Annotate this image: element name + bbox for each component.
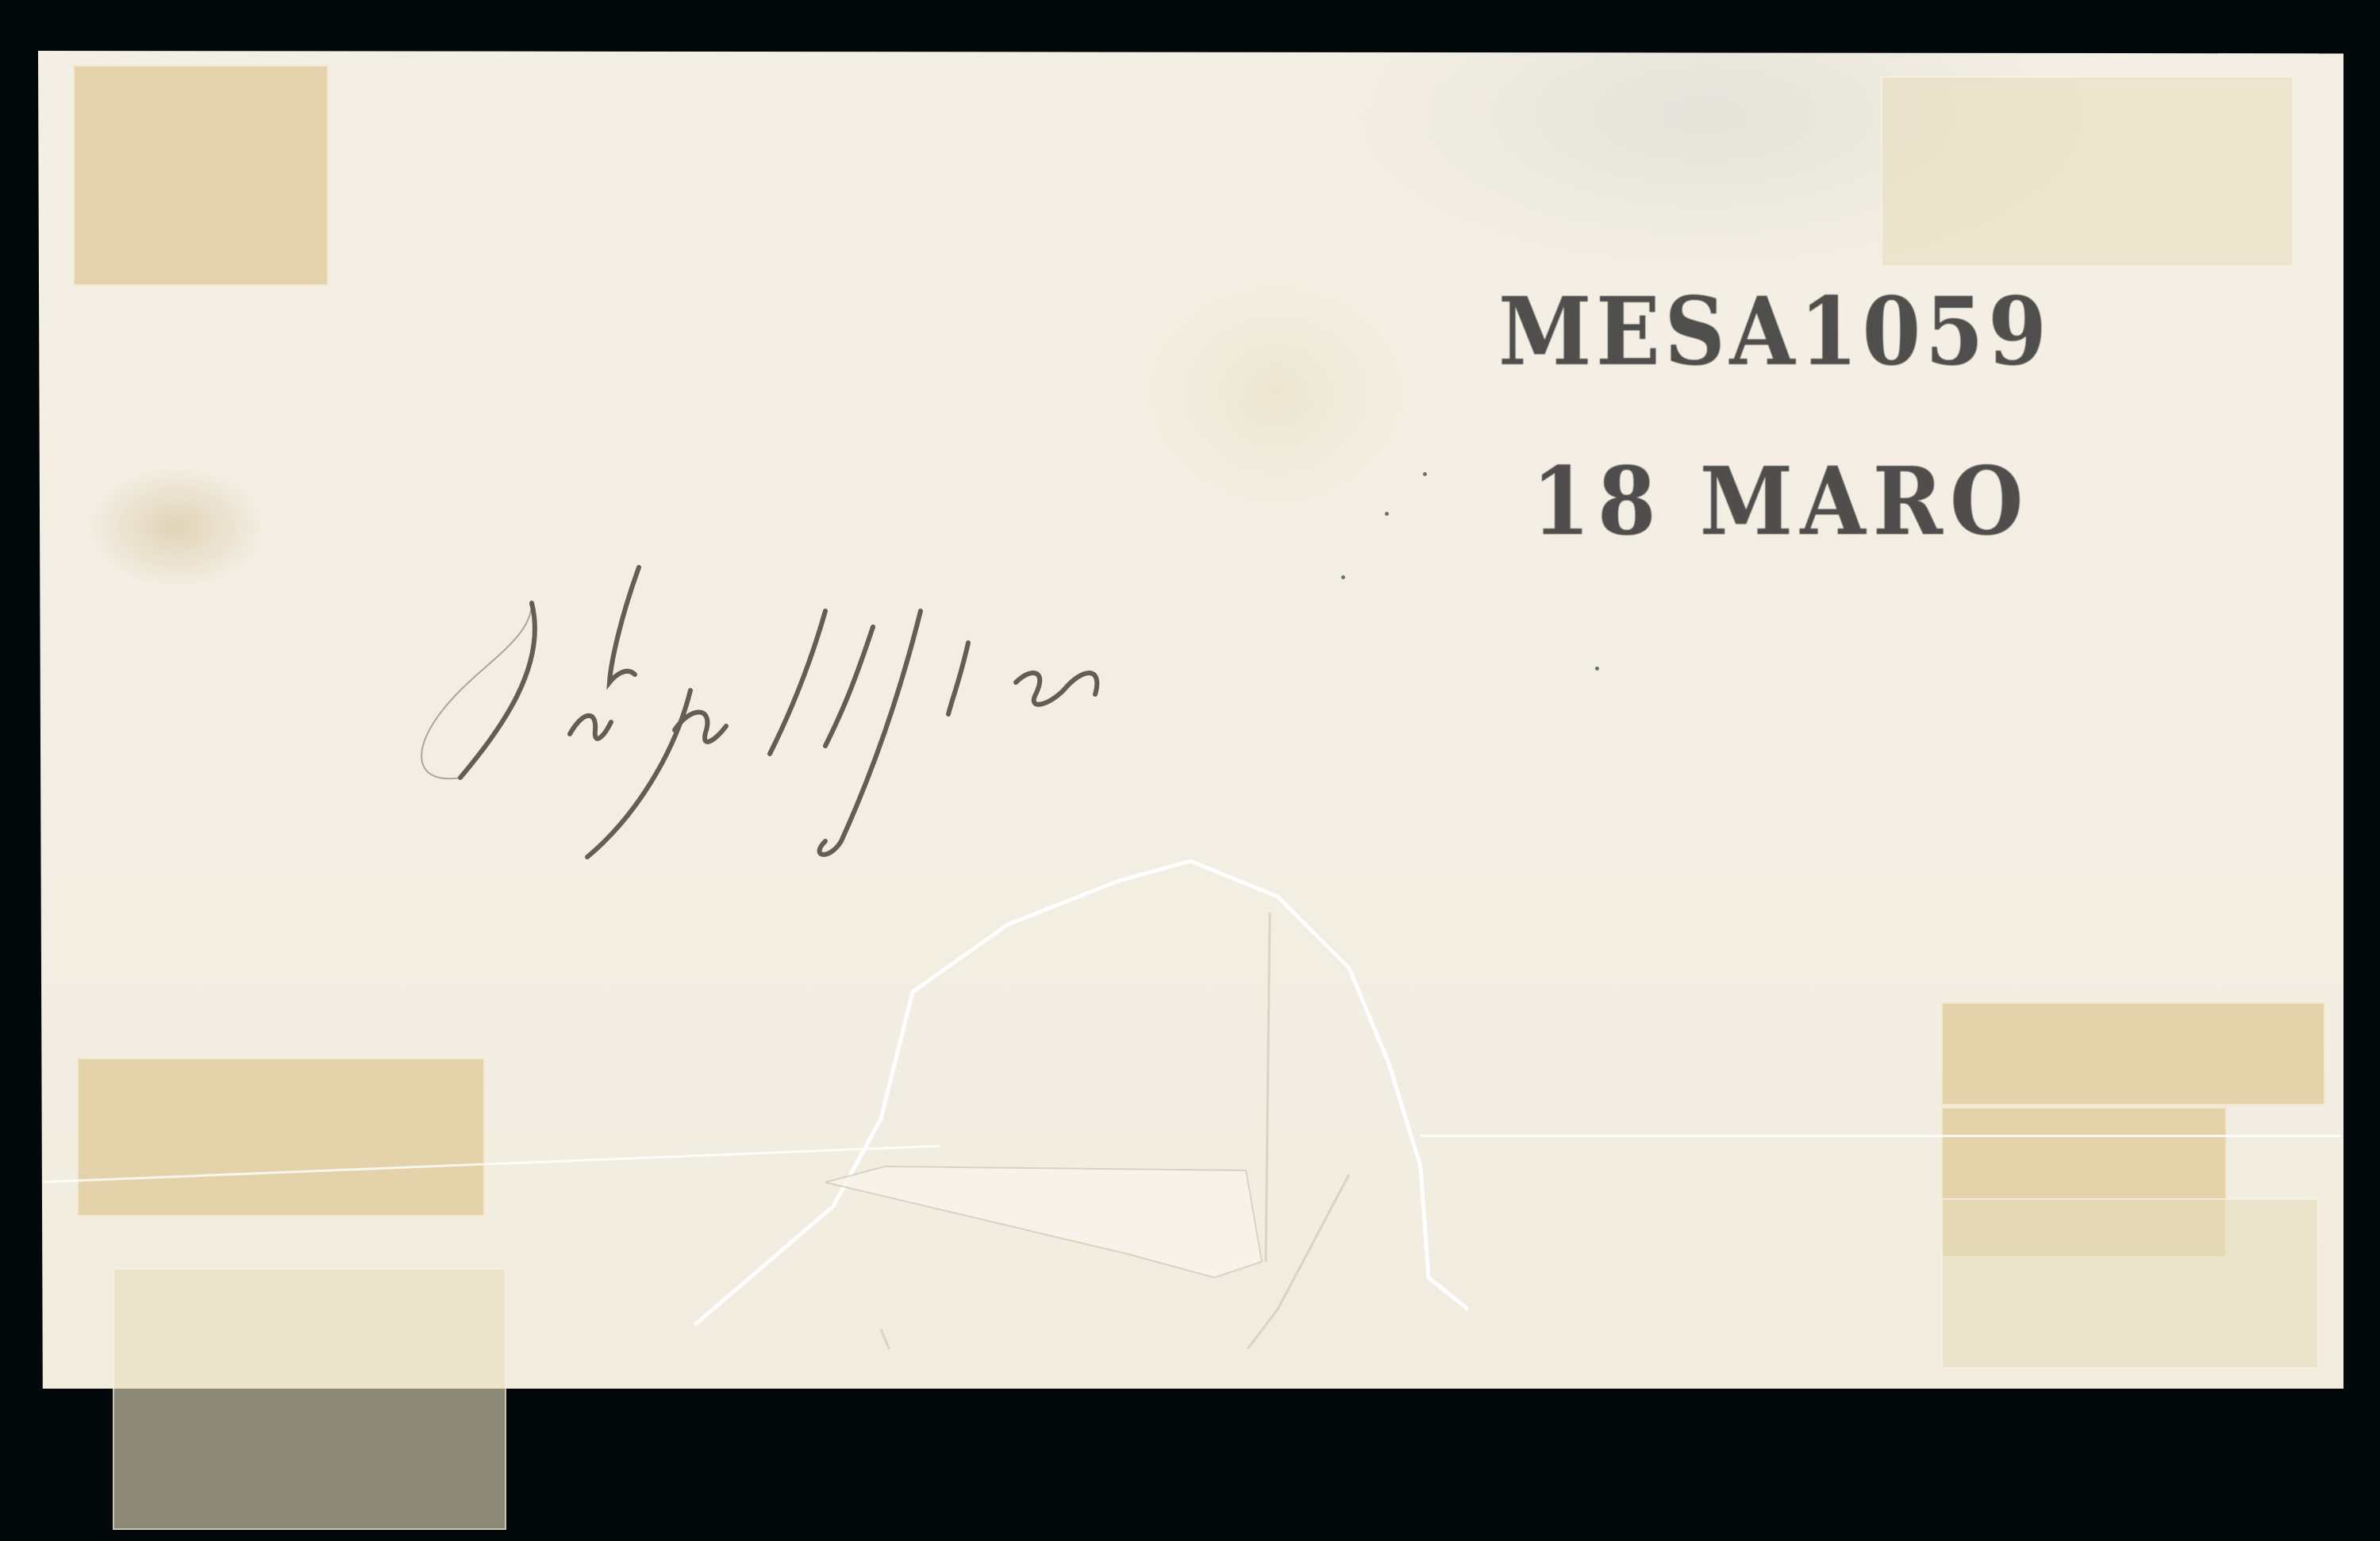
postmark-date: 18 MARO — [1532, 446, 2030, 556]
hinge-bottom-left-upper — [77, 1058, 485, 1216]
torn-flap — [675, 833, 1468, 1349]
ink-speck — [1423, 472, 1427, 476]
ink-speck — [1341, 575, 1345, 579]
ink-speck — [1595, 667, 1599, 671]
hinge-bottom-right-base — [1941, 1198, 2319, 1369]
ink-speck — [1385, 512, 1389, 516]
manuscript-note — [413, 548, 1349, 865]
hinge-top-right — [1881, 76, 2293, 267]
hinge-top-left — [73, 65, 329, 286]
hinge-bottom-right-upper — [1941, 1002, 2325, 1105]
hinge-bottom-left-lower — [113, 1268, 506, 1530]
postmark-town: MESA1059 — [1498, 276, 2051, 386]
fold-line-right — [1421, 1135, 2341, 1137]
